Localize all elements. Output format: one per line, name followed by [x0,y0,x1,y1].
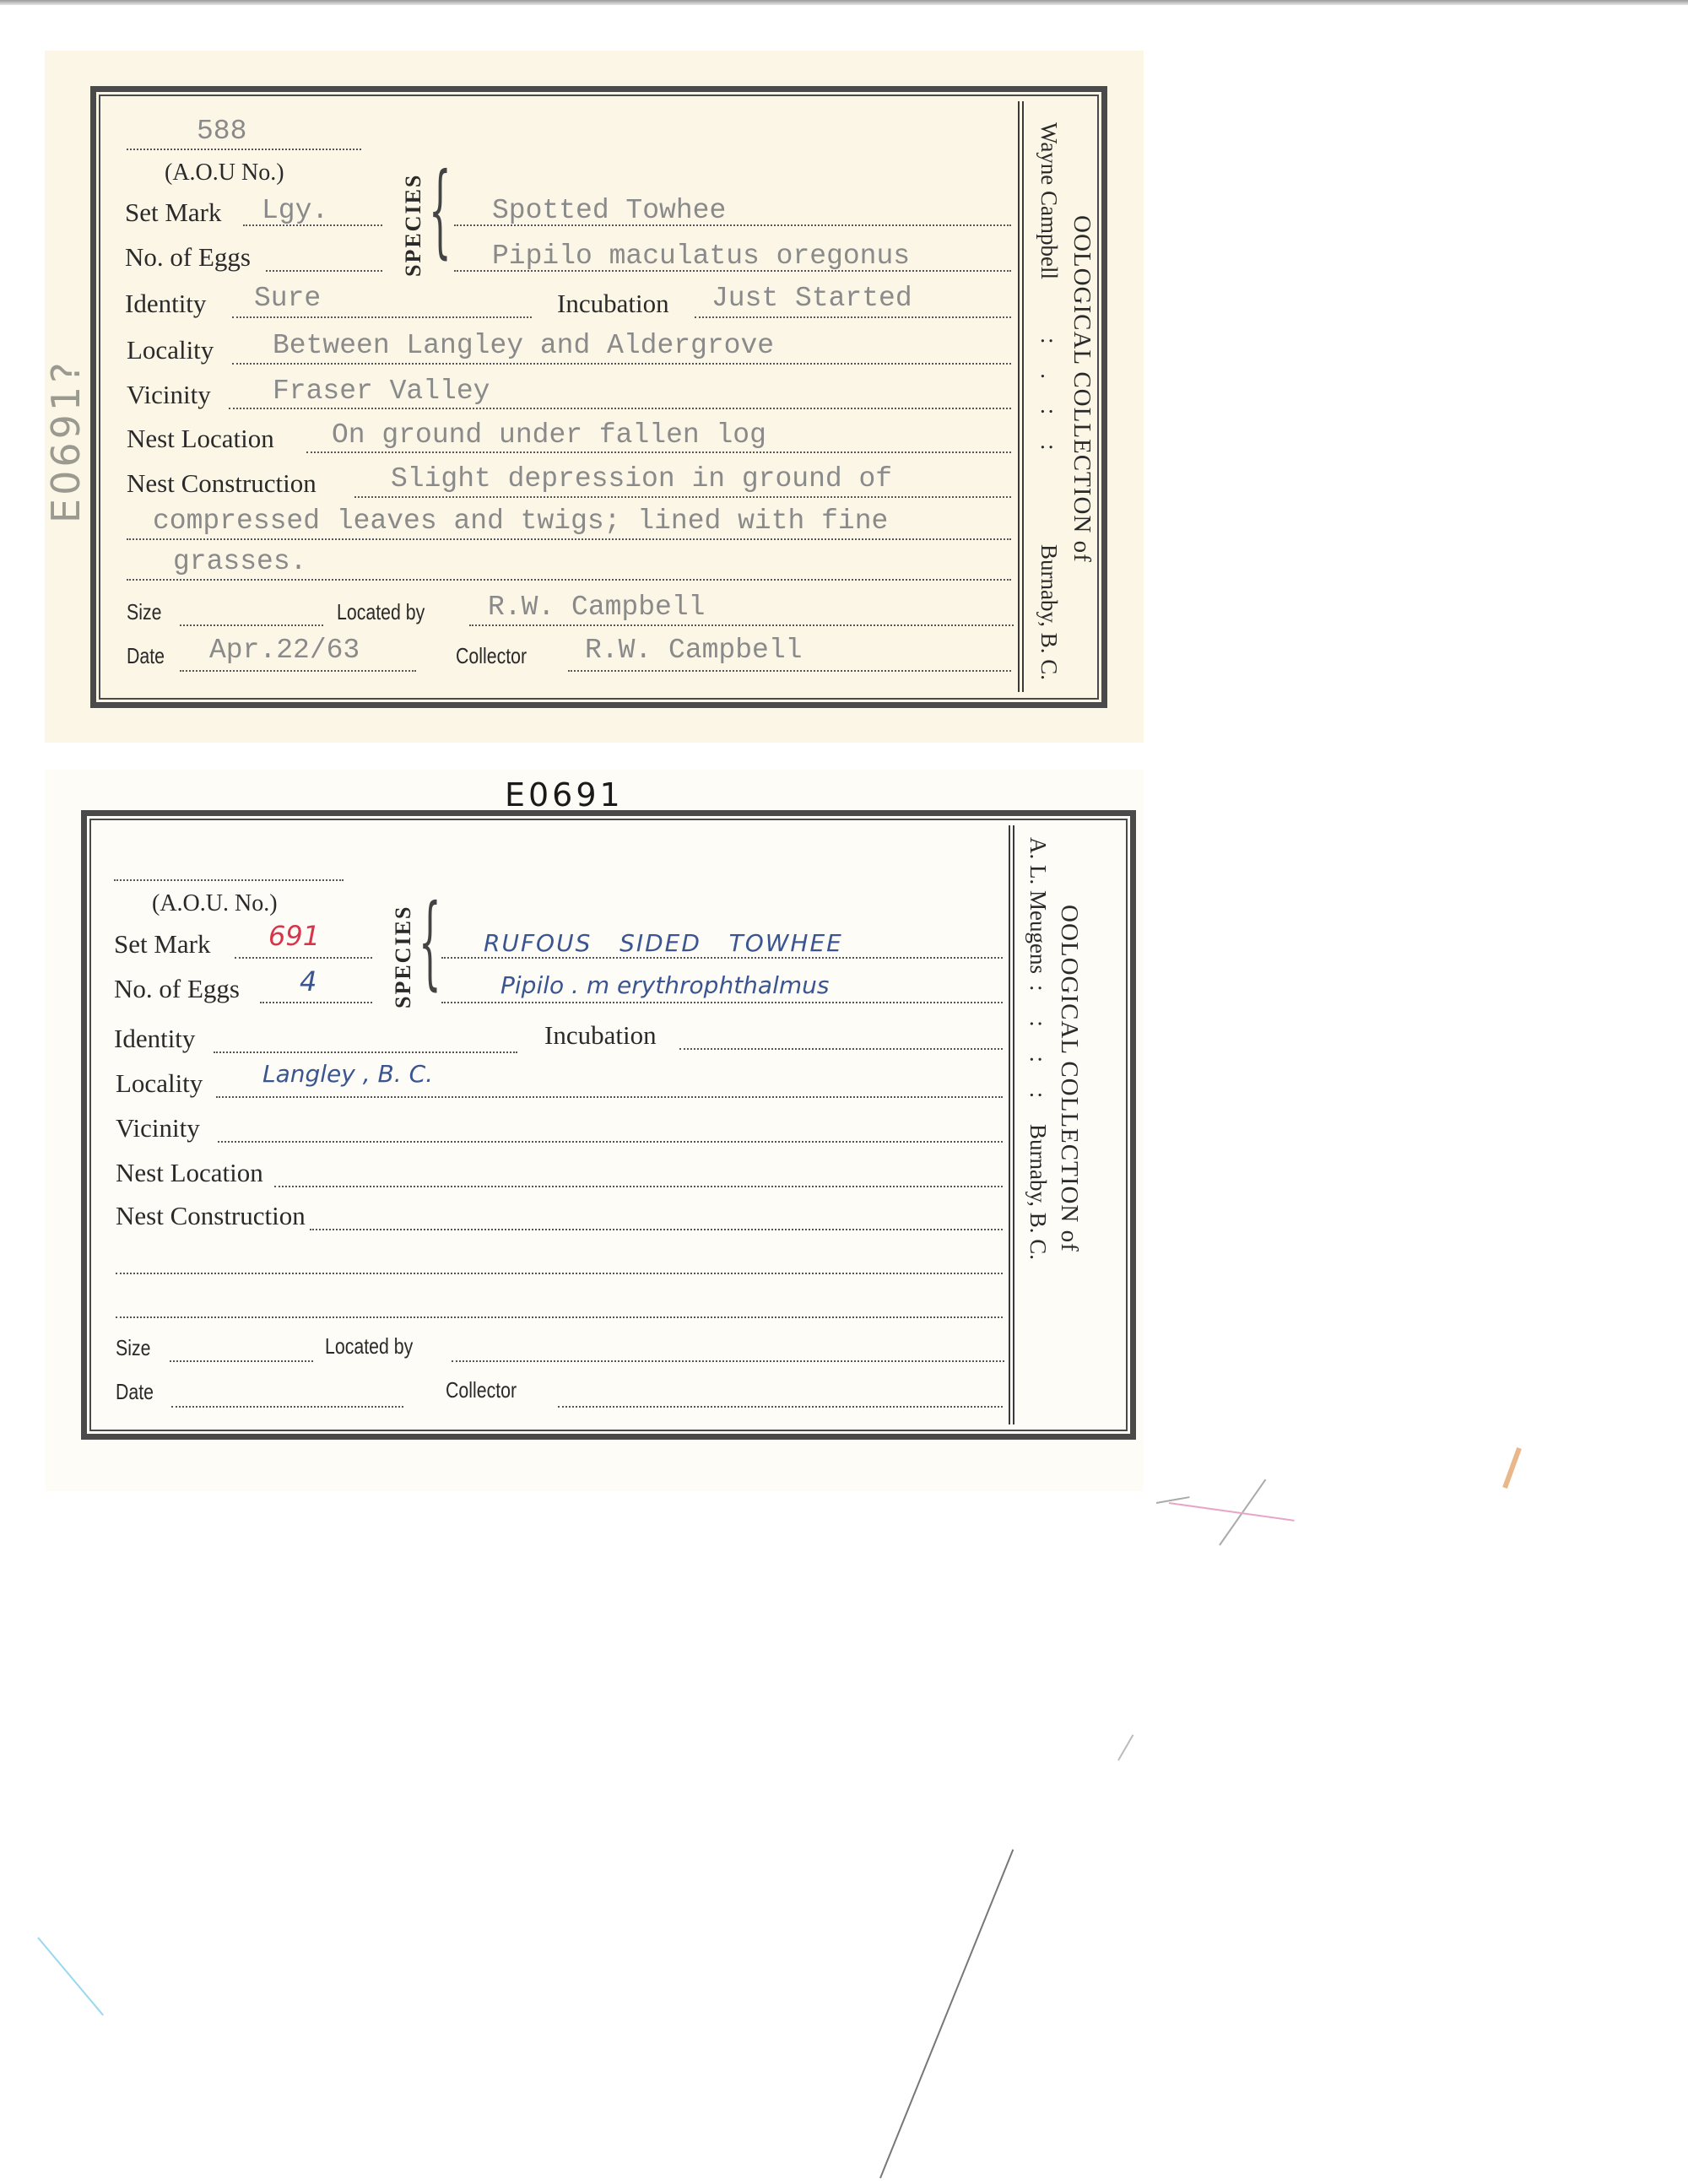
stray-mark [1169,1502,1295,1522]
species-label: SPECIES [401,174,426,277]
size-label: Size [116,1335,150,1360]
nest-construction-dotted-line-2 [116,1273,1003,1274]
collection-place: Burnaby, B. C. [1036,544,1062,680]
collection-place: Burnaby, B. C. [1025,1124,1051,1260]
no-eggs-label: No. of Eggs [114,975,240,1003]
size-label: Size [127,599,161,624]
no-eggs-value: 4 [300,968,316,995]
identity-dotted-line [232,316,532,318]
aou-number-value: 588 [197,116,246,147]
species-scientific-value: Pipilo maculatus oregonus [492,241,910,272]
date-dotted-line [171,1406,403,1408]
located-by-label: Located by [337,599,425,624]
locality-value: Between Langley and Aldergrove [273,331,774,361]
set-mark-label: Set Mark [125,198,222,227]
incubation-dotted-line [695,316,1011,318]
collector-dotted-line [558,1406,1003,1408]
aou-dotted-line [127,149,361,150]
catalog-number: E0691 [505,776,624,814]
nest-construction-dotted-line-2 [127,538,1011,540]
nest-location-value: On ground under fallen log [332,420,766,451]
set-mark-value: Lgy. [262,196,328,226]
nest-construction-dotted-line-3 [116,1316,1003,1318]
size-dotted-line [170,1360,313,1362]
no-eggs-dotted-line [260,1002,372,1003]
located-by-dotted-line [452,1360,1004,1362]
locality-value: Langley , B. C. [262,1061,433,1088]
collection-owner: Wayne Campbell [1036,122,1062,279]
species-common-value: Spotted Towhee [492,196,726,226]
locality-label: Locality [127,336,214,365]
stray-mark [37,1937,104,2015]
located-by-label: Located by [325,1333,413,1359]
incubation-label: Incubation [557,289,669,318]
sidebar-divider [1018,101,1024,692]
scan-edge-band [0,0,1688,5]
date-label: Date [127,643,165,668]
egg-data-card-2: E0691 (A.O.U. No.) Set Mark 691 No. of E… [45,770,1144,1491]
nest-construction-value-1: Slight depression in ground of [391,464,892,495]
collector-dotted-line [568,670,1011,672]
aou-label: (A.O.U No.) [165,159,284,187]
collector-value: R.W. Campbell [585,635,802,666]
nest-construction-label: Nest Construction [127,469,316,498]
species-label: SPECIES [391,905,416,1008]
nest-construction-value-2: compressed leaves and twigs; lined with … [153,506,888,537]
set-mark-label: Set Mark [114,930,211,959]
nest-location-label: Nest Location [116,1159,263,1187]
incubation-label: Incubation [544,1021,657,1050]
collector-label: Collector [456,643,527,668]
located-by-value: R.W. Campbell [488,592,705,623]
nest-location-dotted-line [274,1186,1003,1187]
species-common-value: RUFOUS SIDED TOWHEE [484,930,843,957]
pencil-catalog-note: E0691? [43,359,89,523]
stray-mark [879,1849,1014,2178]
date-value: Apr.22/63 [209,635,360,666]
collection-separator: : . : : [1036,338,1062,462]
collection-owner: A. L. Meugens [1025,837,1051,974]
no-eggs-dotted-line [266,270,382,272]
aou-label: (A.O.U. No.) [152,889,278,918]
located-by-dotted-line [469,624,1014,626]
species-common-dotted-line [441,957,1003,959]
vicinity-label: Vicinity [127,381,211,409]
species-scientific-dotted-line [441,1002,1003,1003]
identity-value: Sure [254,284,321,314]
no-eggs-label: No. of Eggs [125,243,251,272]
stray-mark [1117,1734,1133,1760]
nest-construction-dotted-line-1 [354,496,1011,498]
identity-label: Identity [125,289,206,318]
set-mark-value: 691 [268,920,320,952]
locality-label: Locality [116,1069,203,1098]
collection-title: OOLOGICAL COLLECTION of [1055,905,1083,1252]
nest-construction-value-3: grasses. [173,547,306,577]
set-mark-dotted-line [235,957,372,959]
incubation-value: Just Started [711,284,912,314]
nest-location-label: Nest Location [127,424,274,453]
stray-mark [1502,1447,1522,1489]
vicinity-label: Vicinity [116,1114,200,1143]
size-dotted-line [180,624,323,626]
aou-dotted-line [114,879,344,881]
collection-separator: : : : : [1025,985,1051,1110]
identity-label: Identity [114,1024,195,1053]
vicinity-dotted-line [229,408,1011,409]
sidebar-divider [1009,825,1014,1424]
locality-dotted-line [216,1096,1003,1098]
nest-construction-dotted-line-1 [310,1229,1003,1230]
locality-dotted-line [232,363,1011,365]
vicinity-dotted-line [218,1141,1003,1143]
species-scientific-value: Pipilo . m erythrophthalmus [500,972,829,999]
collector-label: Collector [446,1377,517,1403]
nest-construction-label: Nest Construction [116,1202,306,1230]
nest-construction-dotted-line-3 [127,579,1011,581]
species-brace: { [419,892,441,993]
incubation-dotted-line [679,1048,1003,1050]
date-label: Date [116,1379,154,1404]
species-brace: { [429,160,452,262]
nest-location-dotted-line [306,451,1011,453]
vicinity-value: Fraser Valley [273,376,490,407]
egg-data-card-1: E0691? 588 (A.O.U No.) Set Mark Lgy. No.… [45,51,1144,743]
date-dotted-line [180,670,416,672]
identity-dotted-line [214,1051,517,1053]
collection-title: OOLOGICAL COLLECTION of [1068,215,1096,563]
